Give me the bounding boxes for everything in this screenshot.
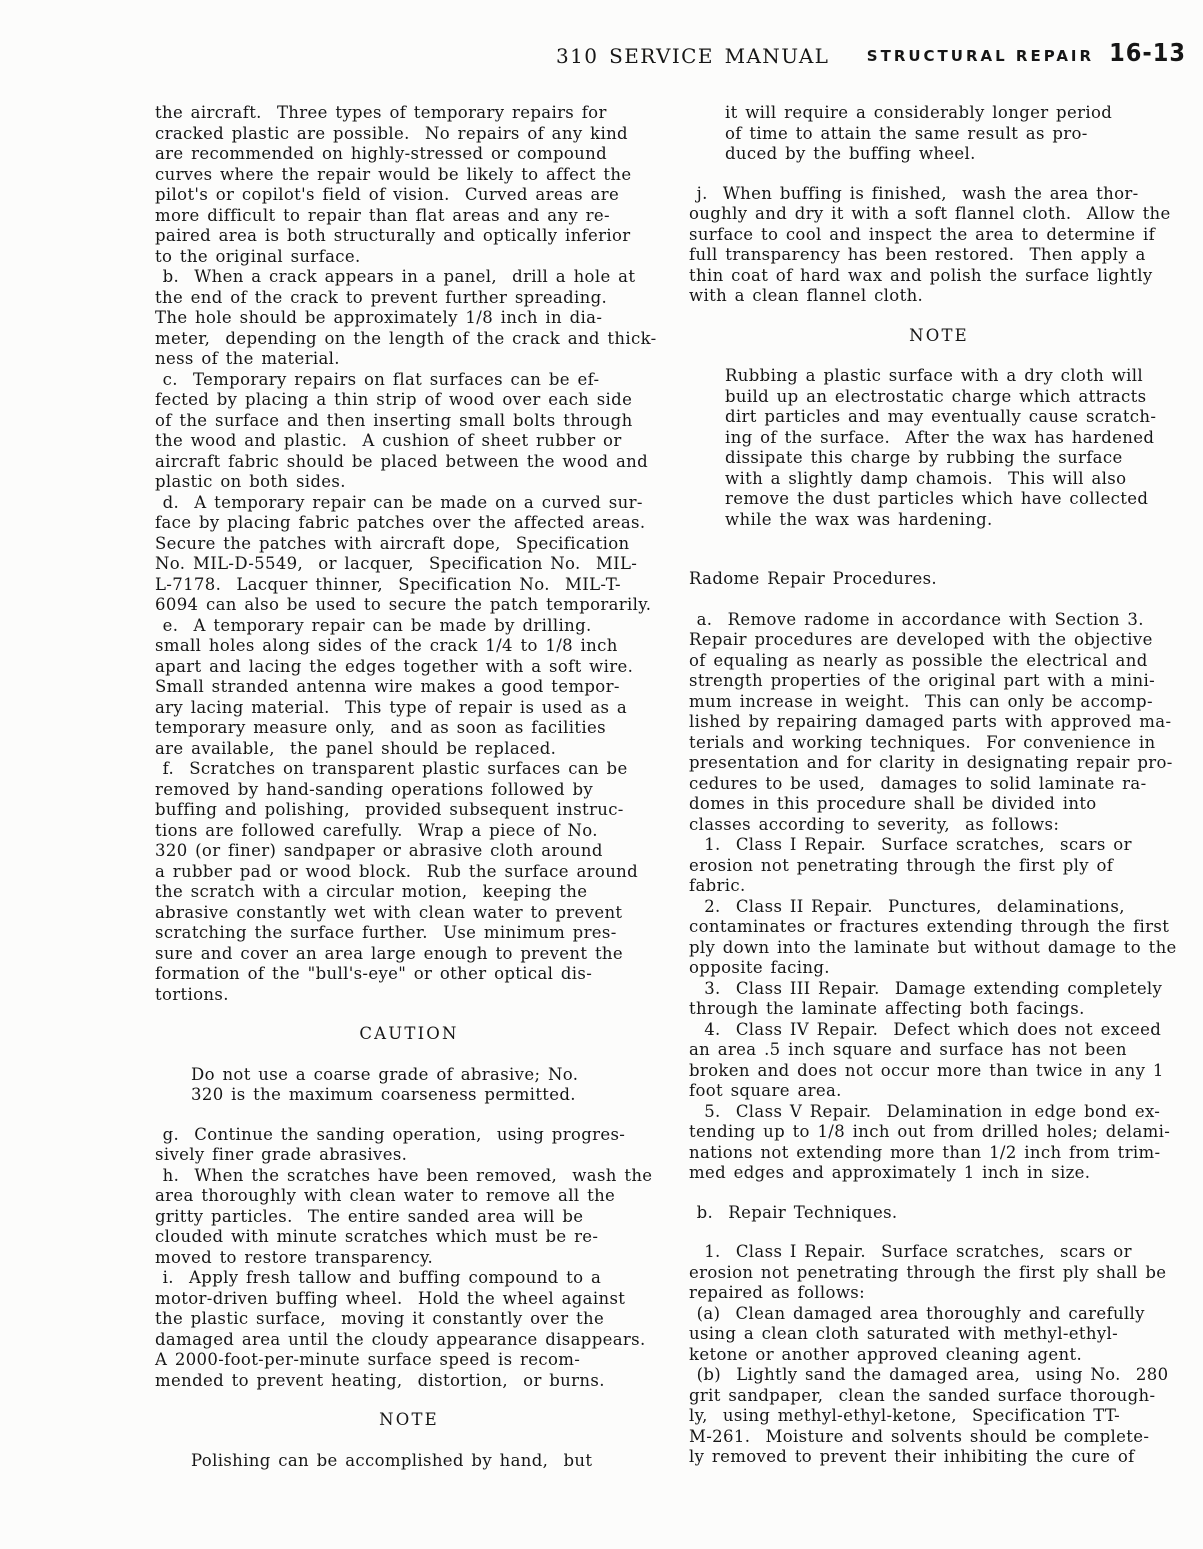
item-class-5-definition: 5. Class V Repair. Delamination in edge … [689, 1102, 1189, 1184]
note-continuation: it will require a considerably longer pe… [725, 103, 1167, 165]
para-b-repair-techniques: b. Repair Techniques. [689, 1203, 1189, 1224]
caution-heading: CAUTION [155, 1024, 663, 1045]
item-a-clean-area: (a) Clean damaged area thoroughly and ca… [689, 1304, 1189, 1366]
item-class-2-definition: 2. Class II Repair. Punctures, delaminat… [689, 897, 1189, 979]
note-heading-left: NOTE [155, 1410, 663, 1431]
item-b-sand-area: (b) Lightly sand the damaged area, using… [689, 1365, 1189, 1468]
para-e-drilling-holes: e. A temporary repair can be made by dri… [155, 616, 663, 760]
para-i-buffing-wheel: i. Apply fresh tallow and buffing compou… [155, 1268, 663, 1391]
para-continuation-aircraft: the aircraft. Three types of temporary r… [155, 103, 663, 267]
header-right: STRUCTURAL REPAIR 16-13 [867, 38, 1186, 67]
para-a-remove-radome: a. Remove radome in accordance with Sect… [689, 610, 1189, 836]
note-body-right: Rubbing a plastic surface with a dry clo… [725, 366, 1167, 530]
item-class-4-definition: 4. Class IV Repair. Defect which does no… [689, 1020, 1189, 1102]
manual-title: 310 SERVICE MANUAL [556, 44, 829, 68]
note-heading-right: NOTE [689, 326, 1189, 347]
para-b-crack-in-panel: b. When a crack appears in a panel, dril… [155, 267, 663, 370]
item-class-3-definition: 3. Class III Repair. Damage extending co… [689, 979, 1189, 1020]
left-column: the aircraft. Three types of temporary r… [155, 103, 663, 1471]
radome-section-heading: Radome Repair Procedures. [689, 569, 1189, 590]
para-f-scratches: f. Scratches on transparent plastic surf… [155, 759, 663, 1005]
section-title: STRUCTURAL REPAIR [867, 47, 1094, 65]
para-d-curved-surface: d. A temporary repair can be made on a c… [155, 493, 663, 616]
page-number: 16-13 [1109, 38, 1186, 67]
para-g-sanding: g. Continue the sanding operation, using… [155, 1125, 663, 1166]
note-body-left: Polishing can be accomplished by hand, b… [191, 1451, 641, 1472]
caution-body: Do not use a coarse grade of abrasive; N… [191, 1065, 641, 1106]
para-c-flat-surfaces: c. Temporary repairs on flat surfaces ca… [155, 370, 663, 493]
para-j-buffing-finished: j. When buffing is finished, wash the ar… [689, 184, 1189, 307]
right-column: it will require a considerably longer pe… [689, 103, 1189, 1468]
item-class-1-technique: 1. Class I Repair. Surface scratches, sc… [689, 1242, 1189, 1304]
para-h-wash-area: h. When the scratches have been removed,… [155, 1166, 663, 1269]
manual-page: 310 SERVICE MANUAL STRUCTURAL REPAIR 16-… [0, 0, 1203, 1549]
item-class-1-definition: 1. Class I Repair. Surface scratches, sc… [689, 835, 1189, 897]
